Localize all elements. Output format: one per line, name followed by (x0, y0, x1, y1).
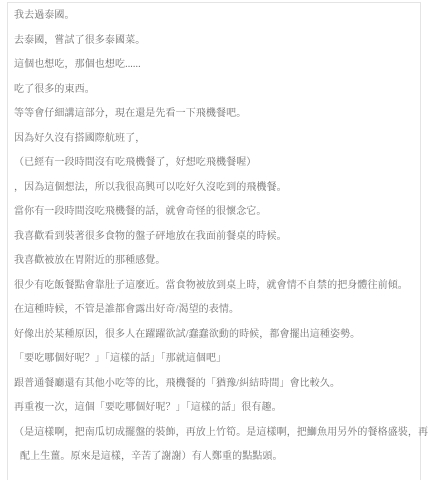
text-line: 這個也想吃，那個也想吃...... (14, 53, 416, 78)
text-line: 好像出於某種原因，很多人在躍躍欲試/蠢蠢欲動的時候，都會擺出這種姿勢。 (14, 323, 416, 348)
text-line: （是這樣啊，把南瓜切成擺盤的裝飾，再放上竹筍。是這樣啊，把鰤魚用另外的餐格盛裝，… (14, 421, 416, 446)
text-line: 我喜歡被放在胃附近的那種感覺。 (14, 249, 416, 274)
text-line: 在這種時候，不管是誰都會露出好奇/渴望的表情。 (14, 298, 416, 323)
text-line: ，因為這個想法，所以我很高興可以吃好久沒吃到的飛機餐。 (14, 176, 416, 201)
text-line: 很少有吃飯餐點會靠肚子這麼近。當食物被放到桌上時，就會情不自禁的把身體往前傾。 (14, 274, 416, 299)
text-line: 跟普通餐廳還有其他小吃等的比，飛機餐的「猶豫/糾結時間」會比較久。 (14, 372, 416, 397)
document-body: 我去過泰國。 去泰國，嘗試了很多泰國菜。 這個也想吃，那個也想吃...... 吃… (7, 2, 421, 480)
text-line: 再重複一次，這個「要吃哪個好呢？」「這樣的話」很有趣。 (14, 396, 416, 421)
text-line: 等等會仔細講這部分，現在還是先看一下飛機餐吧。 (14, 102, 416, 127)
text-line: 「要吃哪個好呢？」「這樣的話」「那就這個吧」 (14, 347, 416, 372)
text-line: 去泰國，嘗試了很多泰國菜。 (14, 29, 416, 54)
text-line: 我喜歡看到裝著很多食物的盤子砰地放在我面前餐桌的時候。 (14, 225, 416, 250)
text-line: 當你有一段時間沒吃飛機餐的話，就會奇怪的很懷念它。 (14, 200, 416, 225)
text-line: （已經有一段時間沒有吃飛機餐了，好想吃飛機餐喔） (14, 151, 416, 176)
text-line: 我去過泰國。 (14, 4, 416, 29)
text-line: 吃了很多的東西。 (14, 78, 416, 103)
text-line: 配上生薑。原來是這樣，辛苦了謝謝）有人鄭重的點點頭。 (14, 445, 416, 470)
text-line: 因為好久沒有搭國際航班了， (14, 127, 416, 152)
